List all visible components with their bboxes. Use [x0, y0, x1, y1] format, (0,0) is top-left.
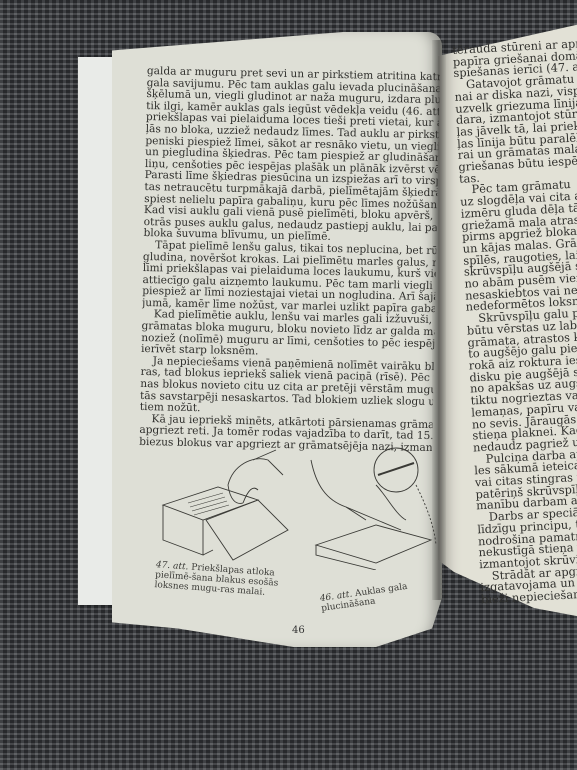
figure-47-illustration-icon	[158, 445, 298, 570]
figures-row	[158, 445, 440, 575]
figure-46-illustration-icon	[306, 445, 440, 570]
left-page-body-text: galda ar muguru pret sevi un ar pirkstie…	[139, 66, 440, 455]
page-number: 46	[292, 625, 305, 636]
